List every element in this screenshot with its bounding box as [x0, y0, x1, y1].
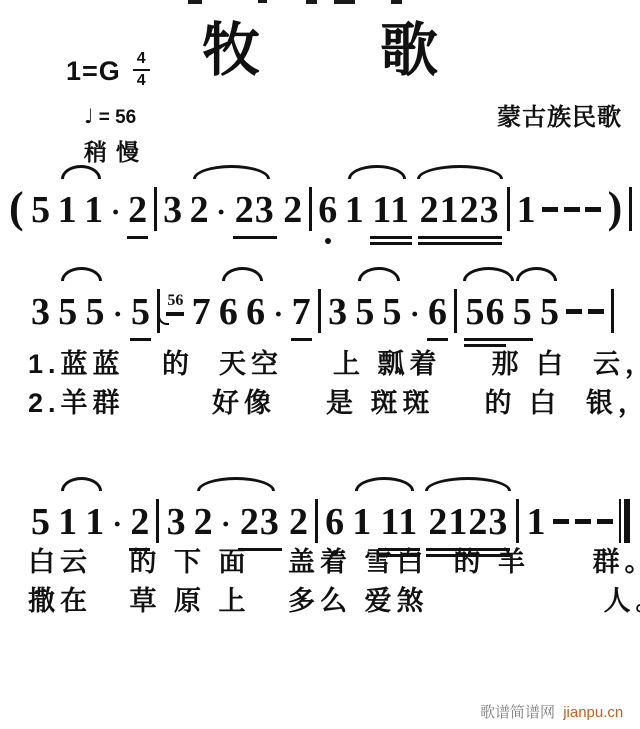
grace-notes: 56 [166, 292, 184, 314]
note-token: 6 [218, 291, 239, 335]
note-token: 11 [378, 501, 420, 551]
watermark-site-url[interactable]: jianpu.cn [563, 704, 623, 721]
lyric-line-verse1-b: 白云 的 下 面 盖着 雪白 的 羊 群。 [28, 546, 640, 578]
note-token: 56 [464, 291, 513, 341]
augmentation-dot: · [409, 298, 421, 333]
lyric-line-verse2-b: 撒在 草 原 上 多么 爱煞 人。 [28, 585, 640, 617]
cropped-text-fragment [391, 0, 402, 4]
slur-arc [193, 165, 270, 179]
key-signature: 1=G [66, 56, 121, 87]
time-signature-numerator: 4 [133, 50, 150, 71]
note-token: 2 [129, 501, 150, 551]
note-token: 2 [189, 189, 210, 233]
augmentation-dot: · [220, 508, 232, 543]
note-token: 1 [351, 501, 372, 545]
barline [507, 187, 510, 231]
tempo-marking: ♩ = 56 [84, 104, 136, 129]
slur-arc [348, 165, 406, 179]
note-token: 2 [288, 501, 309, 545]
note-token: 6 [317, 189, 338, 233]
note-token: 7 [291, 291, 312, 341]
slur-arc [61, 267, 102, 281]
barline [315, 499, 318, 543]
note-token: 5 [512, 291, 533, 341]
duration-dash [566, 309, 582, 314]
slur-arc [197, 477, 275, 491]
note-token: 6 [427, 291, 448, 341]
barline [309, 187, 312, 231]
note-token: 3 [30, 291, 51, 335]
augmentation-dot: · [111, 508, 123, 543]
duration-dash [575, 519, 591, 524]
note-token: 6 [324, 501, 345, 545]
cropped-text-fragment [306, 0, 317, 4]
slur-arc [463, 267, 514, 281]
barline [318, 289, 321, 333]
sheet-music-page: 牧歌 1=G 4 4 ♩ = 56 稍慢 蒙古族民歌 (511·232·2326… [0, 0, 640, 729]
augmentation-dot: · [215, 196, 227, 231]
note-token: 5 [354, 291, 375, 335]
note-token: 3 [166, 501, 187, 545]
watermark-site-name: 歌谱简谱网 [480, 704, 555, 721]
augmentation-dot: · [110, 196, 122, 231]
note-token: 5 [382, 291, 403, 335]
lyric-line-verse1-a: 1.蓝蓝 的 天空 上 瓢着 那 白 云， [28, 348, 640, 380]
duration-dash [588, 309, 604, 314]
parenthesis: ( [8, 183, 25, 234]
note-token: 23 [233, 189, 277, 239]
note-token: 6 [245, 291, 266, 335]
note-token: 2123 [426, 501, 510, 551]
music-line-1: (511·232·232611121231) [8, 156, 632, 239]
note-token: 1 [83, 189, 104, 233]
note-token: 7 [191, 291, 212, 335]
augmentation-dot: · [112, 298, 124, 333]
note-token: 1 [57, 189, 78, 233]
music-line-3: 511·232·232611121231 [30, 468, 630, 551]
barline [156, 499, 159, 543]
music-line-2: 355·556766·7355·65655 [30, 258, 614, 341]
final-barline [619, 499, 630, 543]
song-title: 牧歌 [202, 16, 558, 86]
note-token: 5 [539, 291, 560, 335]
note-token: 1 [84, 501, 105, 545]
note-token: 2 [282, 189, 303, 233]
note-token: 5 [84, 291, 105, 335]
barline [611, 289, 614, 333]
slur-arc [61, 477, 102, 491]
note-token: 3 [327, 291, 348, 335]
note-token: 1 [526, 501, 547, 545]
slur-arc [355, 477, 414, 491]
note-token: 1 [516, 189, 537, 233]
lyric-line-verse2-a: 2.羊群 好像 是 斑斑 的 白 银， [28, 387, 640, 419]
slur-arc [425, 477, 511, 491]
slur-arc [516, 267, 557, 281]
note-token: 5 [30, 189, 51, 233]
duration-dash [585, 207, 601, 212]
duration-dash [553, 519, 569, 524]
cropped-text-fragment [188, 0, 202, 4]
note-token: 5 [130, 291, 151, 341]
note-token: 1 [57, 501, 78, 545]
barline [454, 289, 457, 333]
slur-arc [61, 165, 101, 179]
cropped-text-fragment [258, 0, 267, 3]
slur-arc [417, 165, 503, 179]
note-token: 2 [193, 501, 214, 545]
augmentation-dot: · [272, 298, 284, 333]
quarter-note-icon: ♩ [84, 104, 93, 128]
note-token: 2 [127, 189, 148, 239]
note-token: 5 [57, 291, 78, 335]
barline [154, 187, 157, 231]
note-token: 23 [238, 501, 282, 551]
key-meter-block: 1=G 4 4 [66, 56, 150, 95]
parenthesis: ) [607, 183, 624, 234]
note-token: 11 [370, 189, 412, 239]
watermark: 歌谱简谱网 jianpu.cn [480, 701, 623, 722]
slur-arc [222, 267, 263, 281]
duration-dash [564, 207, 580, 212]
cropped-text-fragment [334, 0, 355, 4]
note-token: 2123 [418, 189, 502, 239]
note-token: 3 [162, 189, 183, 233]
duration-dash [597, 519, 613, 524]
note-token: 5 [30, 501, 51, 545]
barline [629, 187, 632, 231]
tempo-value: = 56 [99, 107, 137, 128]
note-token: 1 [344, 189, 365, 233]
song-source: 蒙古族民歌 [497, 97, 622, 132]
time-signature: 4 4 [133, 50, 150, 89]
barline [516, 499, 519, 543]
slur-arc [358, 267, 400, 281]
time-signature-denominator: 4 [133, 71, 150, 90]
duration-dash [542, 207, 558, 212]
